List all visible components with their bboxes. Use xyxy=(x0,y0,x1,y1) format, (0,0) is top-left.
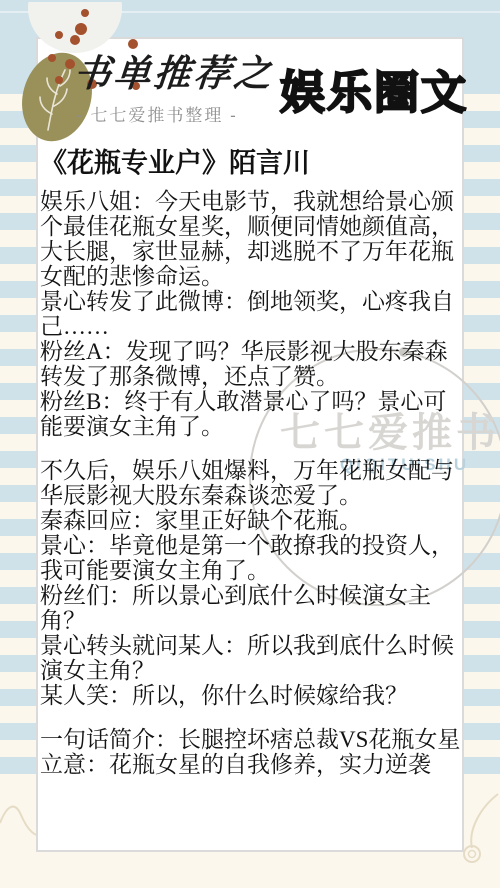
story-text: 娱乐八姐：今天电影节，我就想给景心颁个最佳花瓶女星奖，顺便同情她颜值高，大长腿，… xyxy=(38,189,462,777)
story-line: 娱乐八姐：今天电影节，我就想给景心颁个最佳花瓶女星奖，顺便同情她颜值高，大长腿，… xyxy=(40,189,462,289)
story-line: 立意：花瓶女星的自我修养，实力逆袭 xyxy=(40,752,462,777)
story-line: 景心：毕竟他是第一个敢撩我的投资人，我可能要演女主角了。 xyxy=(40,533,462,583)
story-line: 一句话简介：长腿控坏痞总裁VS花瓶女星 xyxy=(40,727,462,752)
story-line: 不久后，娱乐八姐爆料，万年花瓶女配与华辰影视大股东秦森谈恋爱了。 xyxy=(40,458,462,508)
brand-subtitle: - 七七爱推书整理 - xyxy=(76,101,274,126)
story-section-2: 不久后，娱乐八姐爆料，万年花瓶女配与华辰影视大股东秦森谈恋爱了。 秦森回应：家里… xyxy=(40,458,462,708)
story-line: 景心转发了此微博：倒地领奖，心疼我自己…… xyxy=(40,289,462,339)
book-title: 《花瓶专业户》陌言川 xyxy=(40,141,462,180)
story-line: 粉丝B：终于有人敢潜景心了吗？景心可能要演女主角了。 xyxy=(40,389,462,439)
story-line: 秦森回应：家里正好缺个花瓶。 xyxy=(40,508,462,533)
content-card: 七七爱推书 QIQITUISHU 书单推荐之 - 七七爱推书整理 - 娱乐圈文 … xyxy=(36,37,464,852)
brand-block: 书单推荐之 - 七七爱推书整理 - xyxy=(74,43,274,126)
brand-title: 书单推荐之 xyxy=(72,43,277,97)
story-section-1: 娱乐八姐：今天电影节，我就想给景心颁个最佳花瓶女星奖，顺便同情她颜值高，大长腿，… xyxy=(40,189,462,439)
story-line: 粉丝A：发现了吗？华辰影视大股东秦森转发了那条微博，还点了赞。 xyxy=(40,339,462,389)
story-line: 景心转头就问某人：所以我到底什么时候演女主角？ xyxy=(40,633,462,683)
card-header: 书单推荐之 - 七七爱推书整理 - 娱乐圈文 xyxy=(38,39,462,126)
story-section-3: 一句话简介：长腿控坏痞总裁VS花瓶女星 立意：花瓶女星的自我修养，实力逆袭 xyxy=(40,727,462,777)
story-line: 粉丝们：所以景心到底什么时候演女主角？ xyxy=(40,583,462,633)
story-line: 某人笑：所以，你什么时候嫁给我？ xyxy=(40,683,462,708)
category-badge: 娱乐圈文 xyxy=(280,56,468,121)
